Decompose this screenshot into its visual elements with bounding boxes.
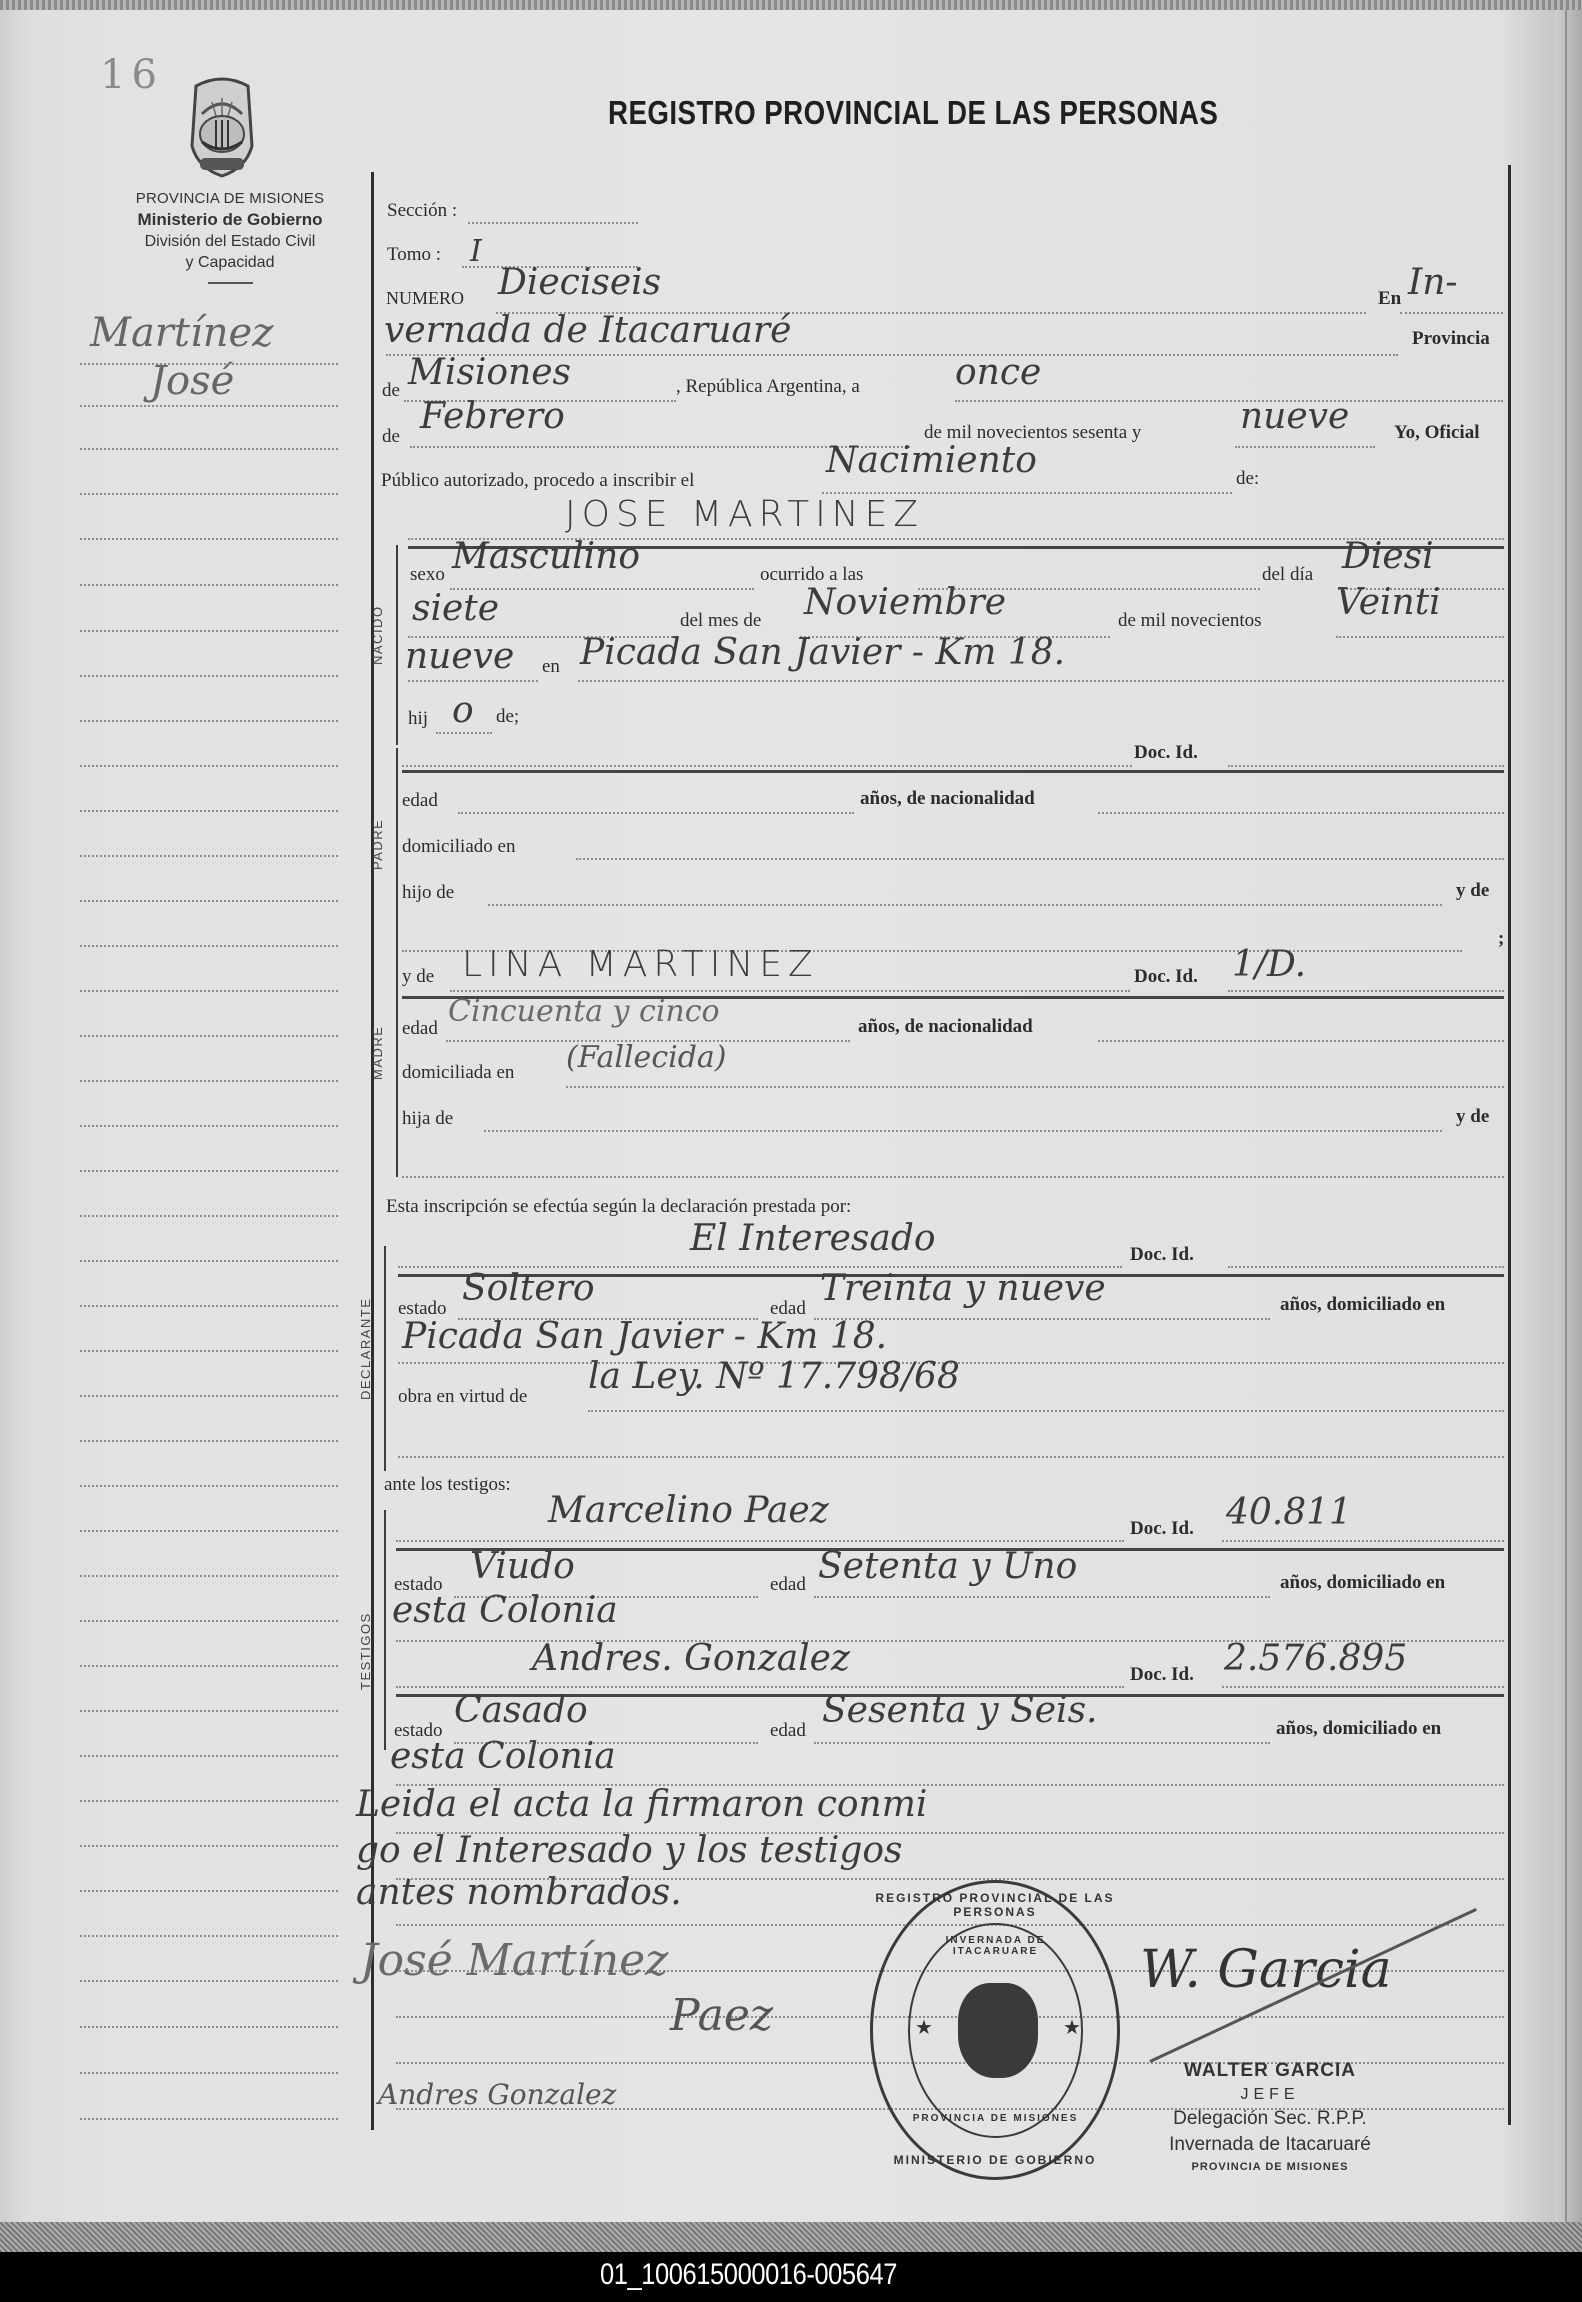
declarante-doc-field[interactable] bbox=[1228, 1266, 1504, 1268]
numero-value: Dieciseis bbox=[498, 262, 661, 303]
padre-domicilio-label: domiciliado en bbox=[402, 836, 515, 858]
oficial-label: Yo, Oficial bbox=[1394, 422, 1480, 444]
declarante-extra-field[interactable] bbox=[398, 1456, 1504, 1458]
testigos-bracket bbox=[384, 1510, 386, 1750]
lugar-value: Picada San Javier - Km 18. bbox=[580, 632, 1065, 673]
stamp-inner-bottom-text: PROVINCIA DE MISIONES bbox=[910, 2113, 1081, 2124]
declarante-section-label: DECLARANTE bbox=[358, 1298, 373, 1400]
witness-2-doc-label: Doc. Id. bbox=[1130, 1664, 1194, 1686]
official-seal-stamp: REGISTRO PROVINCIAL DE LAS PERSONAS INVE… bbox=[870, 1880, 1120, 2180]
chief-name: WALTER GARCIA bbox=[1130, 2060, 1410, 2082]
signature-official: W. Garcia bbox=[1140, 1940, 1392, 2000]
sexo-value: Masculino bbox=[452, 536, 640, 577]
witness-2-edad-value: Sesenta y Seis. bbox=[822, 1690, 1097, 1731]
closing-line-3: antes nombrados. bbox=[356, 1872, 682, 1913]
en-value: In- bbox=[1408, 262, 1458, 303]
witness-1-name: Marcelino Paez bbox=[548, 1490, 829, 1531]
declarante-obra-label: obra en virtud de bbox=[398, 1386, 527, 1408]
day-field[interactable] bbox=[955, 400, 1503, 402]
semicolon: ; bbox=[1498, 928, 1504, 950]
sexo-label: sexo bbox=[410, 564, 445, 586]
declarante-bracket bbox=[384, 1246, 386, 1471]
mes-value: Noviembre bbox=[804, 582, 1006, 623]
official-signature-block: WALTER GARCIA JEFE Delegación Sec. R.P.P… bbox=[1130, 2060, 1410, 2173]
en-label: En bbox=[1378, 288, 1401, 310]
closing-line-1: Leida el acta la firmaron conmi bbox=[356, 1784, 927, 1825]
witness-1-domicilio-label: años, domiciliado en bbox=[1280, 1572, 1445, 1594]
signature-witness-2: Andres Gonzalez bbox=[378, 2078, 616, 2111]
hij-value: o bbox=[452, 690, 474, 731]
ministry-name: Ministerio de Gobierno bbox=[90, 210, 370, 230]
year-field[interactable] bbox=[1235, 446, 1375, 448]
madre-domicilio-field[interactable] bbox=[566, 1086, 1504, 1088]
tomo-value: I bbox=[470, 234, 482, 269]
document-page: 16 PROVINCIA DE MISIONES Ministerio de G… bbox=[0, 0, 1582, 2252]
chief-role: JEFE bbox=[1130, 2086, 1410, 2104]
year-field[interactable] bbox=[1336, 636, 1504, 638]
en-field[interactable] bbox=[1400, 312, 1503, 314]
witness-2-doc-value: 2.576.895 bbox=[1224, 1638, 1407, 1679]
nacido-section-label: NACIDO bbox=[370, 605, 385, 665]
madre-doc-value: 1/D. bbox=[1232, 944, 1306, 985]
numero-label: NUMERO bbox=[386, 288, 464, 309]
hij-de-label: de; bbox=[496, 706, 519, 728]
declarante-doc-label: Doc. Id. bbox=[1130, 1244, 1194, 1266]
dia-label: del día bbox=[1262, 564, 1313, 586]
declarante-name-value: El Interesado bbox=[690, 1218, 936, 1259]
publico-label: Público autorizado, procedo a inscribir … bbox=[381, 470, 694, 492]
margin-surname: Martínez bbox=[90, 310, 273, 356]
book-bottom-edge bbox=[0, 2222, 1582, 2252]
declarante-domicilio-label: años, domiciliado en bbox=[1280, 1294, 1445, 1316]
padre-domicilio-field[interactable] bbox=[576, 858, 1504, 860]
year-value-2: nueve bbox=[405, 636, 514, 677]
page-title: REGISTRO PROVINCIAL DE LAS PERSONAS bbox=[608, 94, 1218, 132]
witness-2-domicilio-value: esta Colonia bbox=[390, 1736, 616, 1777]
madre-name-value: LINA MARTINEZ bbox=[462, 944, 819, 985]
madre-hija-de-field[interactable] bbox=[484, 1130, 1442, 1132]
padre-hijo-de-field[interactable] bbox=[488, 904, 1442, 906]
dia-value-1: Diesi bbox=[1342, 536, 1434, 577]
padre-bracket bbox=[396, 748, 398, 993]
declarante-edad-value: Treinta y nueve bbox=[820, 1268, 1106, 1309]
province-name: PROVINCIA DE MISIONES bbox=[90, 190, 370, 207]
division-subname: y Capacidad bbox=[90, 254, 370, 272]
witness-2-doc-field[interactable] bbox=[1222, 1686, 1504, 1688]
star-icon: ★ bbox=[915, 2015, 933, 2040]
madre-domicilio-label: domiciliada en bbox=[402, 1062, 514, 1084]
madre-y-de-label: y de bbox=[402, 966, 434, 988]
de3-label: de: bbox=[1236, 468, 1259, 490]
image-id: 01_100615000016-005647 bbox=[600, 2258, 897, 2292]
provincial-coat-of-arms-icon bbox=[186, 76, 258, 180]
division-name: División del Estado Civil bbox=[90, 233, 370, 251]
declarante-estado-value: Soltero bbox=[462, 1268, 595, 1309]
section-rule bbox=[402, 770, 1504, 773]
witness-1-doc-field[interactable] bbox=[1222, 1540, 1504, 1542]
witness-2-name: Andres. Gonzalez bbox=[532, 1638, 850, 1679]
stamp-inner-top-text: INVERNADA DE ITACARUARE bbox=[910, 1935, 1081, 1957]
act-type-value: Nacimiento bbox=[826, 440, 1037, 481]
madre-bracket bbox=[396, 962, 398, 1177]
madre-y-de-label: y de bbox=[1456, 1106, 1489, 1128]
tomo-label: Tomo : bbox=[387, 244, 441, 266]
witness-2-estado-value: Casado bbox=[454, 1690, 588, 1731]
padre-hijo-de-label: hijo de bbox=[402, 882, 454, 904]
madre-edad-value: Cincuenta y cinco bbox=[448, 994, 720, 1029]
testigos-intro: ante los testigos: bbox=[384, 1474, 511, 1496]
en-label: en bbox=[542, 656, 560, 678]
witness-1-name-field[interactable] bbox=[396, 1540, 1124, 1542]
madre-name-field[interactable] bbox=[450, 990, 1130, 992]
declarante-intro: Esta inscripción se efectúa según la dec… bbox=[386, 1196, 851, 1218]
hij-label: hij bbox=[408, 708, 428, 730]
witness-1-edad-value: Setenta y Uno bbox=[818, 1546, 1077, 1587]
madre-doc-field[interactable] bbox=[1228, 990, 1504, 992]
nacido-bracket bbox=[396, 545, 398, 745]
province-value: Misiones bbox=[408, 352, 571, 393]
witness-1-doc-label: Doc. Id. bbox=[1130, 1518, 1194, 1540]
year-field-cont[interactable] bbox=[408, 680, 538, 682]
hij-field[interactable] bbox=[436, 732, 492, 734]
de2-label: de bbox=[382, 426, 400, 448]
padre-doc-label: Doc. Id. bbox=[1134, 742, 1198, 764]
madre-edad-label: edad bbox=[402, 1018, 438, 1040]
dia-value-2: siete bbox=[412, 588, 499, 629]
declarante-domicilio-value: Picada San Javier - Km 18. bbox=[402, 1316, 887, 1357]
padre-name-field[interactable] bbox=[402, 765, 1132, 767]
signature-witness-1: Paez bbox=[670, 1990, 773, 2041]
witness-1-edad-label: edad bbox=[770, 1574, 806, 1596]
madre-doc-label: Doc. Id. bbox=[1134, 966, 1198, 988]
divider bbox=[208, 282, 253, 284]
star-icon: ★ bbox=[1063, 2015, 1081, 2040]
chief-office: Delegación Sec. R.P.P. bbox=[1130, 2108, 1410, 2130]
madre-nacionalidad-label: años, de nacionalidad bbox=[858, 1016, 1033, 1038]
page-binding-edge bbox=[1555, 10, 1582, 2222]
witness-1-edad-field[interactable] bbox=[814, 1596, 1270, 1598]
madre-section-label: MADRE bbox=[370, 1026, 385, 1080]
folio-number: 16 bbox=[100, 52, 163, 98]
stamp-outer-text: REGISTRO PROVINCIAL DE LAS PERSONAS bbox=[873, 1891, 1117, 1919]
madre-domicilio-value: (Fallecida) bbox=[566, 1040, 727, 1075]
seccion-label: Sección : bbox=[387, 200, 457, 222]
witness-1-doc-value: 40.811 bbox=[1226, 1492, 1352, 1533]
madre-y-de-field[interactable] bbox=[402, 1176, 1504, 1178]
witness-2-edad-label: edad bbox=[770, 1720, 806, 1742]
year-value-1: Veinti bbox=[1336, 582, 1441, 623]
signature-interesado: José Martínez bbox=[360, 1935, 668, 1986]
lugar-field[interactable] bbox=[578, 680, 1504, 682]
image-id-bar: 01_100615000016-005647 bbox=[0, 2252, 1582, 2302]
testigos-section-label: TESTIGOS bbox=[358, 1612, 373, 1690]
person-name: JOSE MARTINEZ bbox=[565, 494, 924, 535]
right-border-line bbox=[1508, 165, 1511, 2125]
chief-province: PROVINCIA DE MISIONES bbox=[1130, 2161, 1410, 2173]
chief-location: Invernada de Itacaruaré bbox=[1130, 2134, 1410, 2156]
witness-1-domicilio-value: esta Colonia bbox=[392, 1590, 618, 1631]
de-label: de bbox=[382, 380, 400, 402]
witness-2-name-field[interactable] bbox=[396, 1686, 1124, 1688]
nacido-year-label: de mil novecientos bbox=[1118, 610, 1262, 632]
day-value: once bbox=[955, 352, 1041, 393]
republica-label: , República Argentina, a bbox=[676, 376, 860, 398]
padre-section-label: PADRE bbox=[370, 819, 385, 870]
declarante-obra-field[interactable] bbox=[588, 1410, 1504, 1412]
year-value: nueve bbox=[1240, 396, 1349, 437]
witness-2-edad-field[interactable] bbox=[814, 1742, 1270, 1744]
witness-1-estado-value: Viudo bbox=[470, 1546, 575, 1587]
padre-edad-label: edad bbox=[402, 790, 438, 812]
ministry-block: PROVINCIA DE MISIONES Ministerio de Gobi… bbox=[90, 190, 370, 284]
padre-doc-field[interactable] bbox=[1228, 765, 1504, 767]
provincia-label: Provincia bbox=[1412, 328, 1490, 350]
place-value: vernada de Itacaruaré bbox=[384, 310, 791, 351]
stamp-emblem-icon bbox=[958, 1983, 1038, 2078]
book-top-edge bbox=[0, 0, 1582, 10]
padre-edad-field[interactable] bbox=[458, 812, 854, 814]
madre-hija-de-label: hija de bbox=[402, 1108, 453, 1130]
closing-line-2: go el Interesado y los testigos bbox=[356, 1830, 903, 1871]
padre-nacionalidad-label: años, de nacionalidad bbox=[860, 788, 1035, 810]
declarante-obra-value: la Ley. Nº 17.798/68 bbox=[588, 1356, 960, 1397]
seccion-field[interactable] bbox=[468, 222, 638, 224]
padre-nacionalidad-field[interactable] bbox=[1098, 812, 1504, 814]
stamp-outer-bottom-text: MINISTERIO DE GOBIERNO bbox=[873, 2153, 1117, 2167]
mes-label: del mes de bbox=[680, 610, 761, 632]
madre-nacionalidad-field[interactable] bbox=[1098, 1040, 1504, 1042]
witness-2-domicilio-label: años, domiciliado en bbox=[1276, 1718, 1441, 1740]
padre-y-de-label: y de bbox=[1456, 880, 1489, 902]
month-value: Febrero bbox=[420, 396, 565, 437]
